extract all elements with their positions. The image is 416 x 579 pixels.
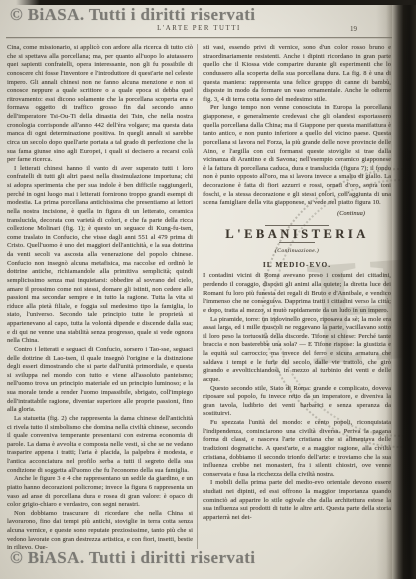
paragraph: I mobili della prima parte del medio-evo… bbox=[203, 479, 391, 522]
paragraph: Questo secondo stile, Stato di Roma: gra… bbox=[203, 385, 391, 420]
left-text-column: Cina, come missionario, si applicò con a… bbox=[7, 44, 193, 549]
section-heading: IL MEDIO-EVO. bbox=[203, 261, 391, 270]
right-text-column: sti vasi, essendo privi di vernice, sono… bbox=[203, 44, 391, 549]
continuation-subtitle: (Continuazione.) bbox=[203, 247, 391, 256]
running-head: L'ARTE PER TUTTI bbox=[6, 25, 392, 32]
article-title: L'EBANISTERIA bbox=[203, 230, 391, 239]
copyright-watermark-bottom: © BiASA. Tutti i diritti riservati bbox=[10, 548, 255, 568]
journal-title: L'ARTE PER TUTTI bbox=[6, 25, 392, 32]
continua-note: (Continua) bbox=[203, 210, 391, 219]
paragraph: I contadini vicini di Roma avevano preso… bbox=[203, 272, 391, 315]
scanned-journal-page: HR © BiASA. Tutti i diritti riservati L'… bbox=[0, 0, 416, 579]
paragraph: La piramide, torre: un indovinello greco… bbox=[203, 316, 391, 385]
header-rule bbox=[6, 37, 392, 38]
column-divider bbox=[197, 44, 198, 549]
paragraph: Cina, come missionario, si applicò con a… bbox=[7, 44, 193, 165]
paragraph: Anche le figure 3 e 4 che rappresentano … bbox=[7, 475, 193, 510]
paragraph: Contro i letterati e seguaci di Confucio… bbox=[7, 346, 193, 415]
paragraph: Fu spezzata l'unità del mondo: e cento p… bbox=[203, 419, 391, 479]
paragraph: I letterati chinesi hanno il vanto di av… bbox=[7, 165, 193, 346]
page-number: 19 bbox=[350, 25, 357, 33]
section-rule bbox=[265, 225, 329, 226]
paragraph: Non dobbiamo trascurare di ricordare che… bbox=[7, 510, 193, 549]
copyright-watermark-top: © BiASA. Tutti i diritti riservati bbox=[10, 5, 255, 25]
title-rule bbox=[279, 242, 315, 243]
paragraph: La statuetta (fig. 2) che rappresenta la… bbox=[7, 415, 193, 475]
paragraph: sti vasi, essendo privi di vernice, sono… bbox=[203, 44, 391, 104]
paragraph: Per lungo tempo non venne conosciuta in … bbox=[203, 104, 391, 208]
